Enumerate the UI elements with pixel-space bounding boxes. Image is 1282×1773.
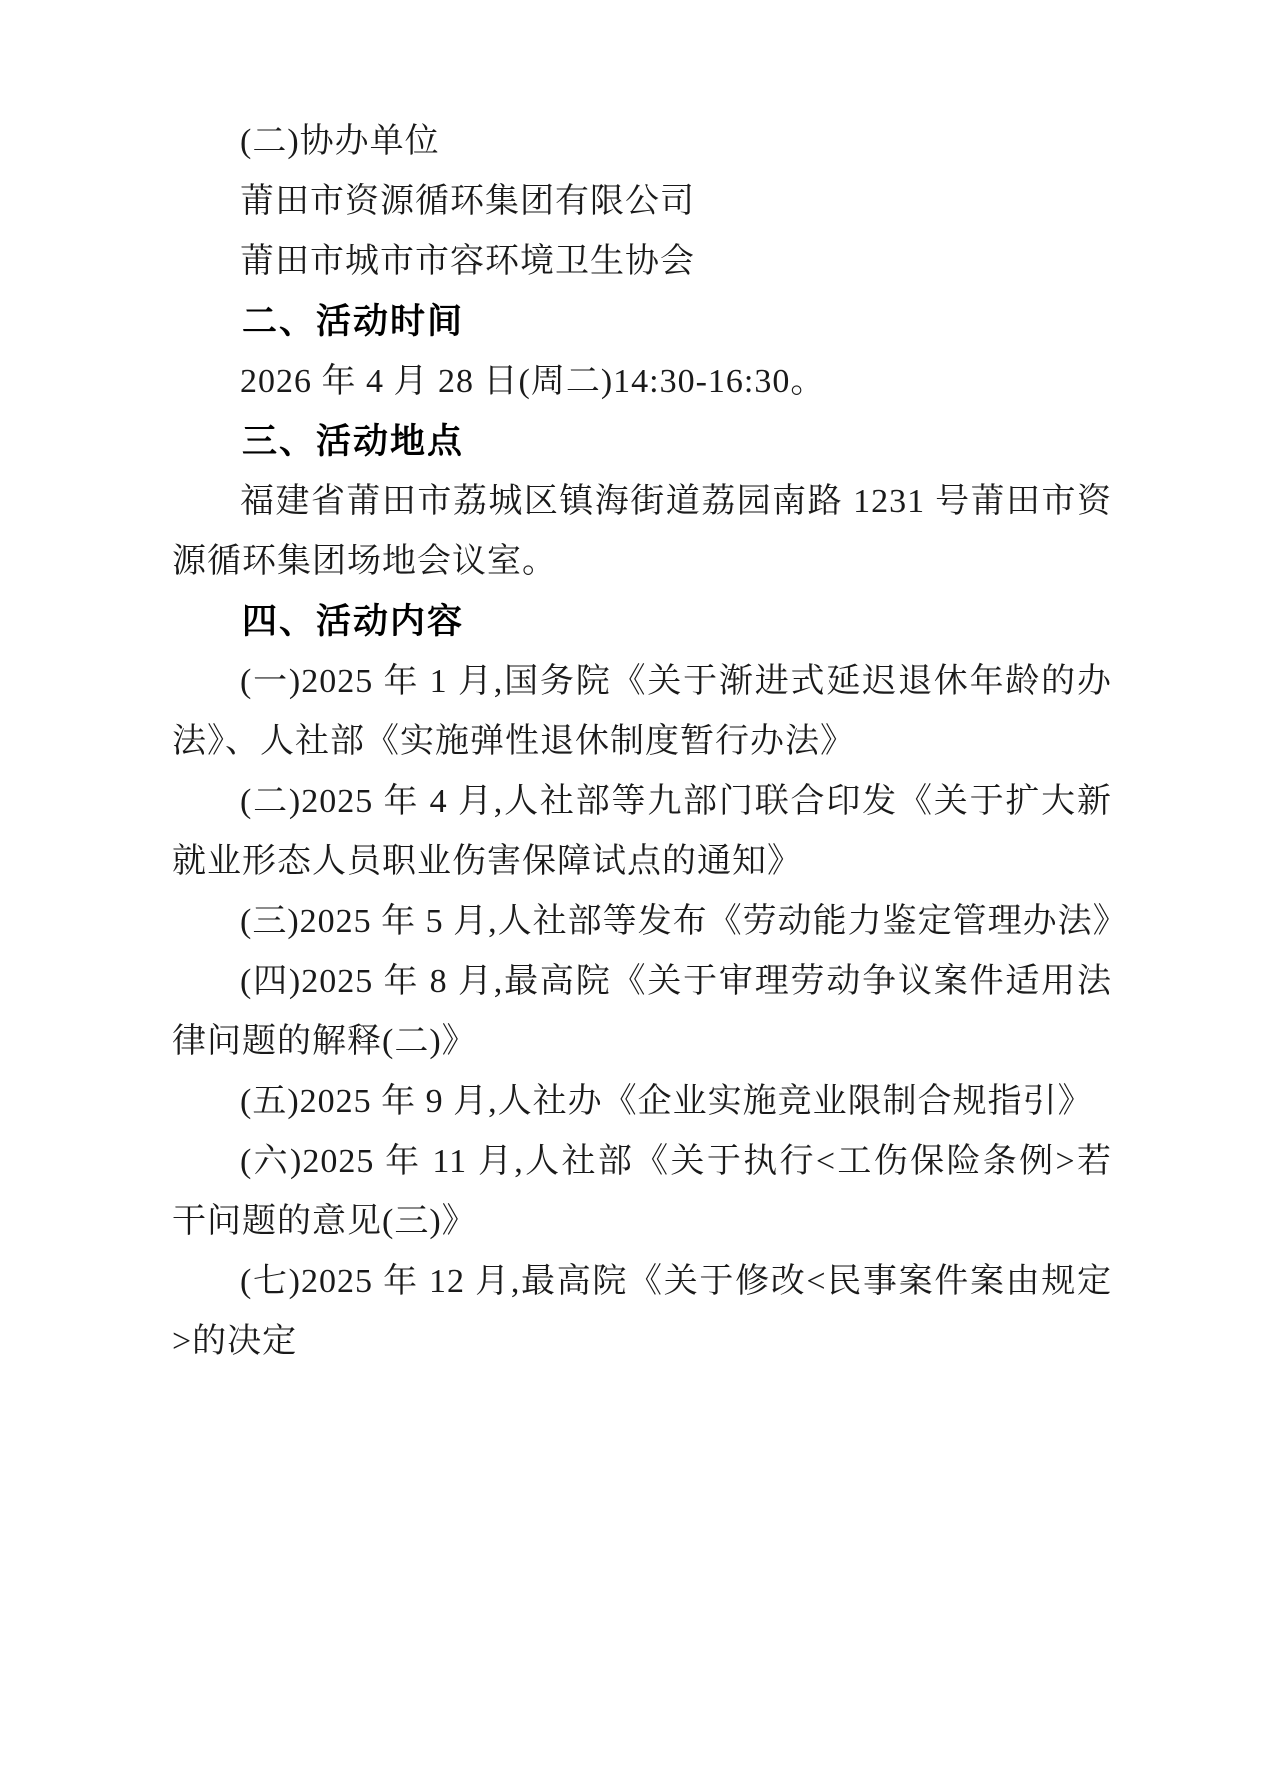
co-organizer-1: 莆田市资源循环集团有限公司 — [172, 172, 1112, 232]
subsection-co-organizer-title: (二)协办单位 — [172, 112, 1112, 172]
content-item-6: (六)2025 年 11 月,人社部《关于执行<工伤保险条例>若干问题的意见(三… — [172, 1132, 1112, 1252]
co-organizer-2: 莆田市城市市容环境卫生协会 — [172, 232, 1112, 292]
content-item-1: (一)2025 年 1 月,国务院《关于渐进式延迟退休年龄的办法》、人社部《实施… — [172, 652, 1112, 772]
document-body: (二)协办单位莆田市资源循环集团有限公司莆田市城市市容环境卫生协会二、活动时间2… — [172, 112, 1112, 1372]
content-item-2: (二)2025 年 4 月,人社部等九部门联合印发《关于扩大新就业形态人员职业伤… — [172, 772, 1112, 892]
document-page: (二)协办单位莆田市资源循环集团有限公司莆田市城市市容环境卫生协会二、活动时间2… — [0, 0, 1282, 1773]
content-item-4: (四)2025 年 8 月,最高院《关于审理劳动争议案件适用法律问题的解释(二)… — [172, 952, 1112, 1072]
section-heading-time: 二、活动时间 — [172, 292, 1112, 352]
section-heading-content: 四、活动内容 — [172, 592, 1112, 652]
content-item-7: (七)2025 年 12 月,最高院《关于修改<民事案件案由规定>的决定 — [172, 1252, 1112, 1372]
activity-time: 2026 年 4 月 28 日(周二)14:30-16:30。 — [172, 352, 1112, 412]
activity-location: 福建省莆田市荔城区镇海街道荔园南路 1231 号莆田市资源循环集团场地会议室。 — [172, 472, 1112, 592]
content-item-5: (五)2025 年 9 月,人社办《企业实施竞业限制合规指引》 — [172, 1072, 1112, 1132]
content-item-3: (三)2025 年 5 月,人社部等发布《劳动能力鉴定管理办法》 — [172, 892, 1112, 952]
section-heading-location: 三、活动地点 — [172, 412, 1112, 472]
